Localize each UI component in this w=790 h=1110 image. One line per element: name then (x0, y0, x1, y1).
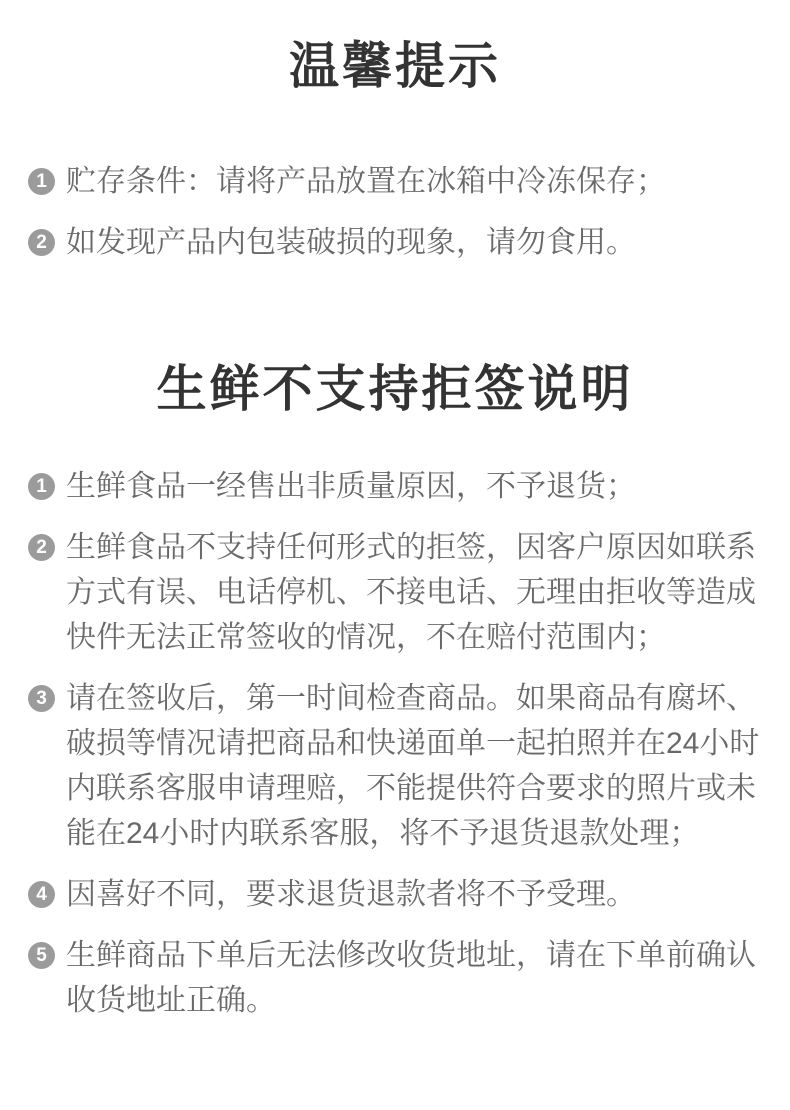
section-warm-tips: 温馨提示 1 贮存条件：请将产品放置在冰箱中冷冻保存； 2 如发现产品内包装破损… (28, 34, 762, 265)
list-item: 2 如发现产品内包装破损的现象，请勿食用。 (28, 220, 762, 265)
list-item: 1 生鲜食品一经售出非质量原因，不予退货； (28, 464, 762, 509)
item-number-badge: 4 (28, 881, 55, 908)
item-number-badge: 1 (28, 473, 55, 500)
list-item: 3 请在签收后，第一时间检查商品。如果商品有腐坏、破损等情况请把商品和快递面单一… (28, 676, 762, 856)
notice-page: 温馨提示 1 贮存条件：请将产品放置在冰箱中冷冻保存； 2 如发现产品内包装破损… (0, 0, 790, 1110)
item-text: 生鲜食品不支持任何形式的拒签，因客户原因如联系方式有误、电话停机、不接电话、无理… (66, 525, 762, 660)
item-text: 请在签收后，第一时间检查商品。如果商品有腐坏、破损等情况请把商品和快递面单一起拍… (66, 676, 762, 856)
warm-tips-list: 1 贮存条件：请将产品放置在冰箱中冷冻保存； 2 如发现产品内包装破损的现象，请… (28, 159, 762, 265)
list-item: 1 贮存条件：请将产品放置在冰箱中冷冻保存； (28, 159, 762, 204)
item-number-badge: 3 (28, 685, 55, 712)
item-number-badge: 5 (28, 942, 55, 969)
rejection-policy-title: 生鲜不支持拒签说明 (28, 357, 762, 422)
item-text: 因喜好不同，要求退货退款者将不予受理。 (66, 872, 762, 917)
item-number-badge: 2 (28, 229, 55, 256)
list-item: 5 生鲜商品下单后无法修改收货地址，请在下单前确认收货地址正确。 (28, 933, 762, 1023)
item-text: 生鲜商品下单后无法修改收货地址，请在下单前确认收货地址正确。 (66, 933, 762, 1023)
rejection-policy-list: 1 生鲜食品一经售出非质量原因，不予退货； 2 生鲜食品不支持任何形式的拒签，因… (28, 464, 762, 1023)
item-text: 贮存条件：请将产品放置在冰箱中冷冻保存； (66, 159, 762, 204)
list-item: 4 因喜好不同，要求退货退款者将不予受理。 (28, 872, 762, 917)
warm-tips-title: 温馨提示 (28, 34, 762, 99)
item-text: 如发现产品内包装破损的现象，请勿食用。 (66, 220, 762, 265)
item-number-badge: 1 (28, 168, 55, 195)
item-text: 生鲜食品一经售出非质量原因，不予退货； (66, 464, 762, 509)
item-number-badge: 2 (28, 534, 55, 561)
section-rejection-policy: 生鲜不支持拒签说明 1 生鲜食品一经售出非质量原因，不予退货； 2 生鲜食品不支… (28, 357, 762, 1023)
list-item: 2 生鲜食品不支持任何形式的拒签，因客户原因如联系方式有误、电话停机、不接电话、… (28, 525, 762, 660)
